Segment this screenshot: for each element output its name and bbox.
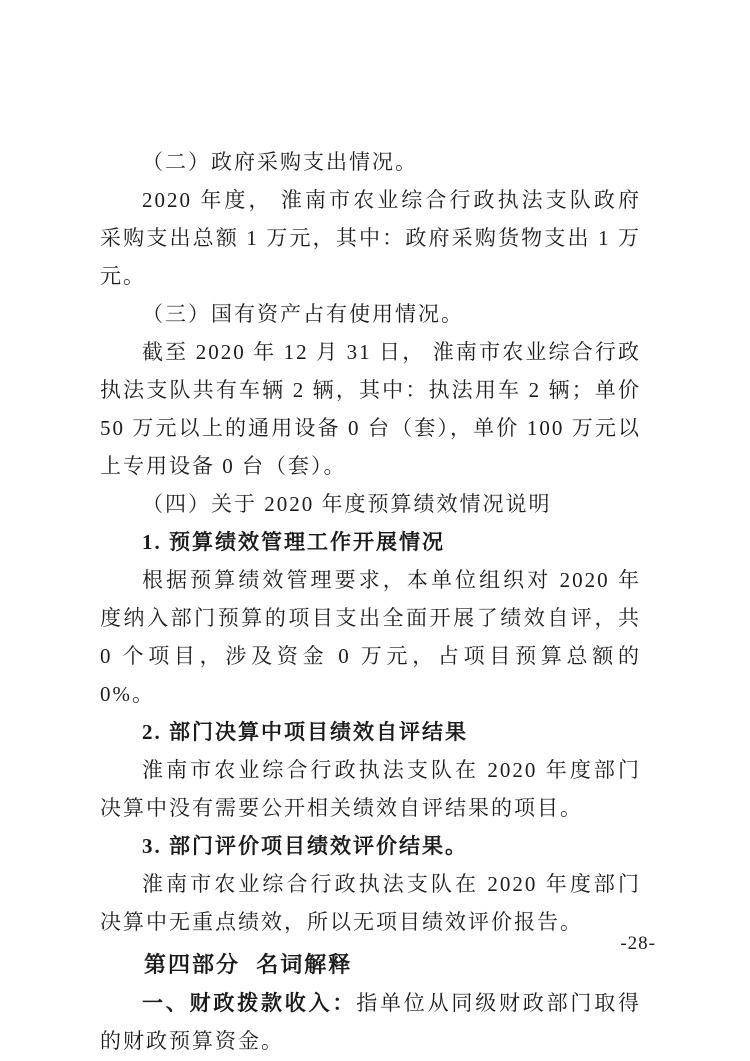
subsection-heading-budget-performance: （四）关于 2020 年度预算绩效情况说明 <box>100 485 641 523</box>
paragraph-gov-procurement-detail: 2020 年度， 淮南市农业综合行政执法支队政府采购支出总额 1 万元，其中：政… <box>100 181 641 295</box>
document-page: （二）政府采购支出情况。 2020 年度， 淮南市农业综合行政执法支队政府采购支… <box>0 0 750 1061</box>
numbered-heading-department-evaluation-results: 3. 部门评价项目绩效评价结果。 <box>100 827 641 865</box>
term-definition-paragraph: 一、财政拨款收入：指单位从同级财政部门取得的财政预算资金。 <box>100 984 641 1060</box>
paragraph-performance-self-evaluation: 根据预算绩效管理要求，本单位组织对 2020 年度纳入部门预算的项目支出全面开展… <box>100 561 641 713</box>
part-four-heading: 第四部分 名词解释 <box>100 946 641 984</box>
subsection-heading-gov-procurement: （二）政府采购支出情况。 <box>100 143 641 181</box>
numbered-heading-performance-management: 1. 预算绩效管理工作开展情况 <box>100 523 641 561</box>
paragraph-no-key-performance: 淮南市农业综合行政执法支队在 2020 年度部门决算中无重点绩效，所以无项目绩效… <box>100 865 641 941</box>
page-number: -28- <box>620 931 656 957</box>
document-body: （二）政府采购支出情况。 2020 年度， 淮南市农业综合行政执法支队政府采购支… <box>100 143 641 1060</box>
term-label: 一、财政拨款收入： <box>142 991 356 1015</box>
paragraph-state-assets-detail: 截至 2020 年 12 月 31 日， 淮南市农业综合行政执法支队共有车辆 2… <box>100 333 641 485</box>
paragraph-no-disclosure-projects: 淮南市农业综合行政执法支队在 2020 年度部门决算中没有需要公开相关绩效自评结… <box>100 751 641 827</box>
subsection-heading-state-assets: （三）国有资产占有使用情况。 <box>100 295 641 333</box>
numbered-heading-self-evaluation-results: 2. 部门决算中项目绩效自评结果 <box>100 713 641 751</box>
